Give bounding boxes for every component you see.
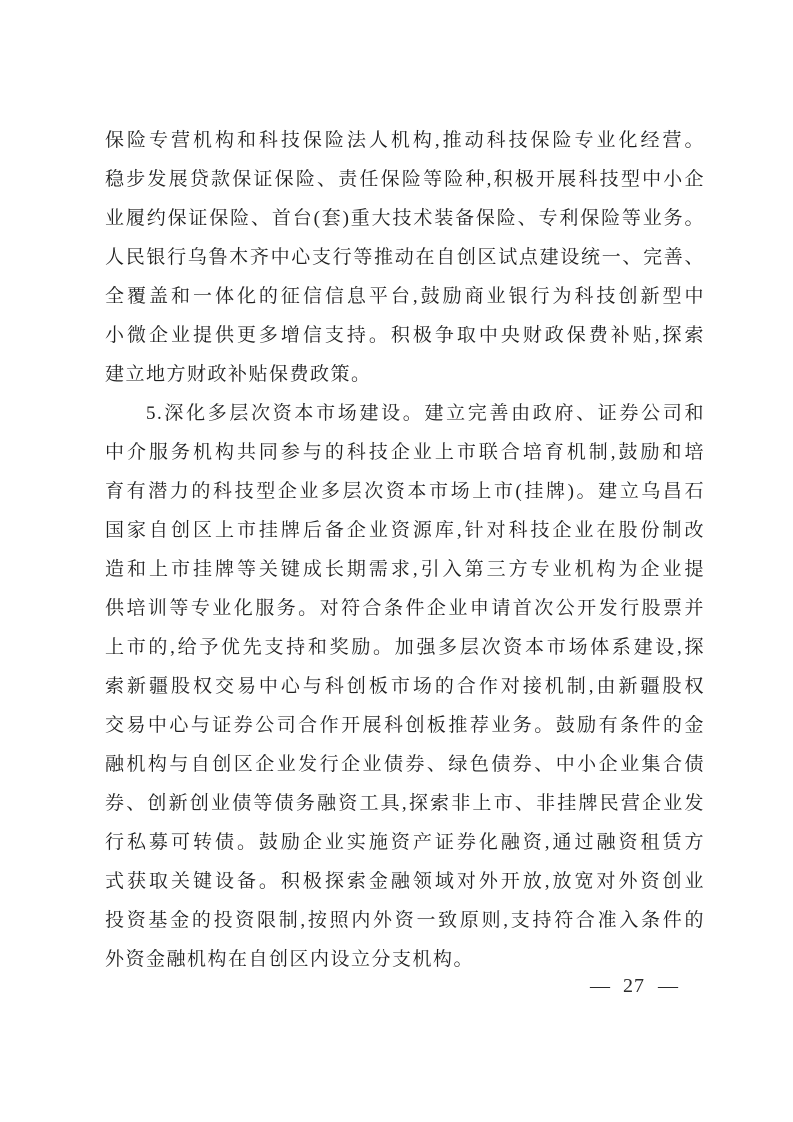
text-line: 中介服务机构共同参与的科技企业上市联合培育机制,鼓励和培 <box>105 433 705 472</box>
text-line: 业履约保证保险、首台(套)重大技术装备保险、专利保险等业务。 <box>105 199 705 238</box>
text-line: 育有潜力的科技型企业多层次资本市场上市(挂牌)。建立乌昌石 <box>105 472 705 511</box>
text-line: 5.深化多层次资本市场建设。建立完善由政府、证券公司和 <box>105 394 705 433</box>
document-page: 保险专营机构和科技保险法人机构,推动科技保险专业化经营。稳步发展贷款保证保险、责… <box>0 0 793 1122</box>
document-body: 保险专营机构和科技保险法人机构,推动科技保险专业化经营。稳步发展贷款保证保险、责… <box>105 121 705 979</box>
page-number: 27 <box>623 974 645 998</box>
text-line: 小微企业提供更多增信支持。积极争取中央财政保费补贴,探索 <box>105 316 705 355</box>
text-line: 行私募可转债。鼓励企业实施资产证券化融资,通过融资租赁方 <box>105 823 705 862</box>
text-line: 人民银行乌鲁木齐中心支行等推动在自创区试点建设统一、完善、 <box>105 238 705 277</box>
text-line: 国家自创区上市挂牌后备企业资源库,针对科技企业在股份制改 <box>105 511 705 550</box>
text-line: 保险专营机构和科技保险法人机构,推动科技保险专业化经营。 <box>105 121 705 160</box>
text-line: 交易中心与证券公司合作开展科创板推荐业务。鼓励有条件的金 <box>105 706 705 745</box>
text-line: 上市的,给予优先支持和奖励。加强多层次资本市场体系建设,探 <box>105 628 705 667</box>
text-line: 全覆盖和一体化的征信信息平台,鼓励商业银行为科技创新型中 <box>105 277 705 316</box>
text-line: 稳步发展贷款保证保险、责任保险等险种,积极开展科技型中小企 <box>105 160 705 199</box>
text-line: 造和上市挂牌等关键成长期需求,引入第三方专业机构为企业提 <box>105 550 705 589</box>
footer-left-dash: — <box>590 974 610 998</box>
text-line: 投资基金的投资限制,按照内外资一致原则,支持符合准入条件的 <box>105 901 705 940</box>
text-line: 索新疆股权交易中心与科创板市场的合作对接机制,由新疆股权 <box>105 667 705 706</box>
text-line: 供培训等专业化服务。对符合条件企业申请首次公开发行股票并 <box>105 589 705 628</box>
page-footer: — 27 — <box>590 974 678 998</box>
footer-right-dash: — <box>658 974 678 998</box>
text-line: 券、创新创业债等债务融资工具,探索非上市、非挂牌民营企业发 <box>105 784 705 823</box>
text-line: 式获取关键设备。积极探索金融领域对外开放,放宽对外资创业 <box>105 862 705 901</box>
text-line: 融机构与自创区企业发行企业债券、绿色债券、中小企业集合债 <box>105 745 705 784</box>
text-line: 建立地方财政补贴保费政策。 <box>105 355 705 394</box>
